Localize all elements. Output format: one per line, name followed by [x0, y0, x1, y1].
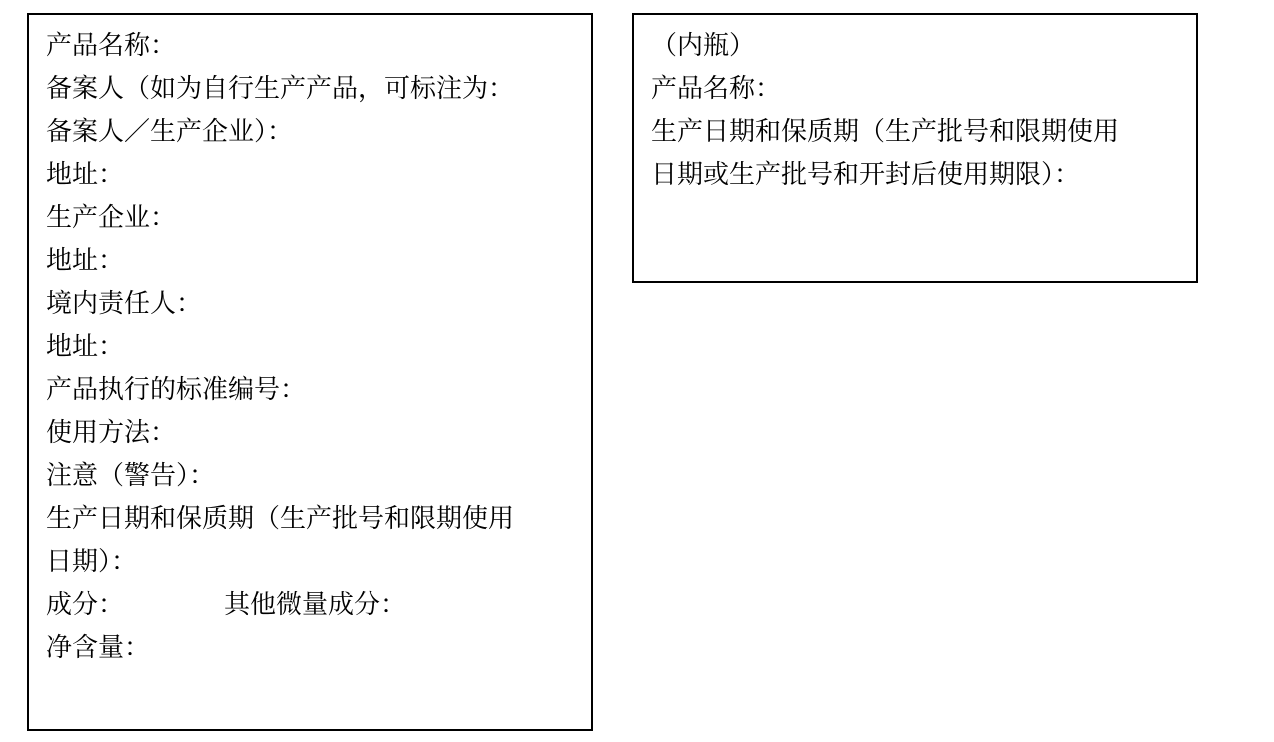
product-name-label: 产品名称： [46, 24, 577, 67]
registrant-label-line-2: 备案人／生产企业）： [46, 110, 577, 153]
inner-production-date-line-1: 生产日期和保质期（生产批号和限期使用 [651, 110, 1182, 153]
net-content-label: 净含量： [46, 626, 577, 669]
inner-bottle-label-box: （内瓶） 产品名称： 生产日期和保质期（生产批号和限期使用 日期或生产批号和开封… [632, 13, 1198, 283]
caution-warning-label: 注意（警告）： [46, 454, 577, 497]
production-date-shelf-life-line-1: 生产日期和保质期（生产批号和限期使用 [46, 497, 577, 540]
manufacturer-label: 生产企业： [46, 196, 577, 239]
domestic-responsible-person-label: 境内责任人： [46, 282, 577, 325]
product-standard-number-label: 产品执行的标准编号： [46, 368, 577, 411]
document-canvas: 产品名称： 备案人（如为自行生产产品，可标注为： 备案人／生产企业）： 地址： … [0, 0, 1274, 742]
production-date-shelf-life-line-2: 日期）： [46, 540, 577, 583]
inner-production-date-line-2: 日期或生产批号和开封后使用期限）： [651, 153, 1182, 196]
registrant-label-line-1: 备案人（如为自行生产产品，可标注为： [46, 67, 577, 110]
usage-method-label: 使用方法： [46, 411, 577, 454]
ingredients-label: 成分： [46, 589, 124, 619]
responsible-person-address-label: 地址： [46, 325, 577, 368]
composition-line: 成分：其他微量成分： [46, 583, 577, 626]
inner-product-name-label: 产品名称： [651, 67, 1182, 110]
registrant-address-label: 地址： [46, 153, 577, 196]
trace-ingredients-label: 其他微量成分： [224, 589, 406, 619]
outer-label-box: 产品名称： 备案人（如为自行生产产品，可标注为： 备案人／生产企业）： 地址： … [27, 13, 593, 731]
composition-spacer [124, 612, 224, 613]
inner-bottle-title: （内瓶） [651, 24, 1182, 67]
manufacturer-address-label: 地址： [46, 239, 577, 282]
